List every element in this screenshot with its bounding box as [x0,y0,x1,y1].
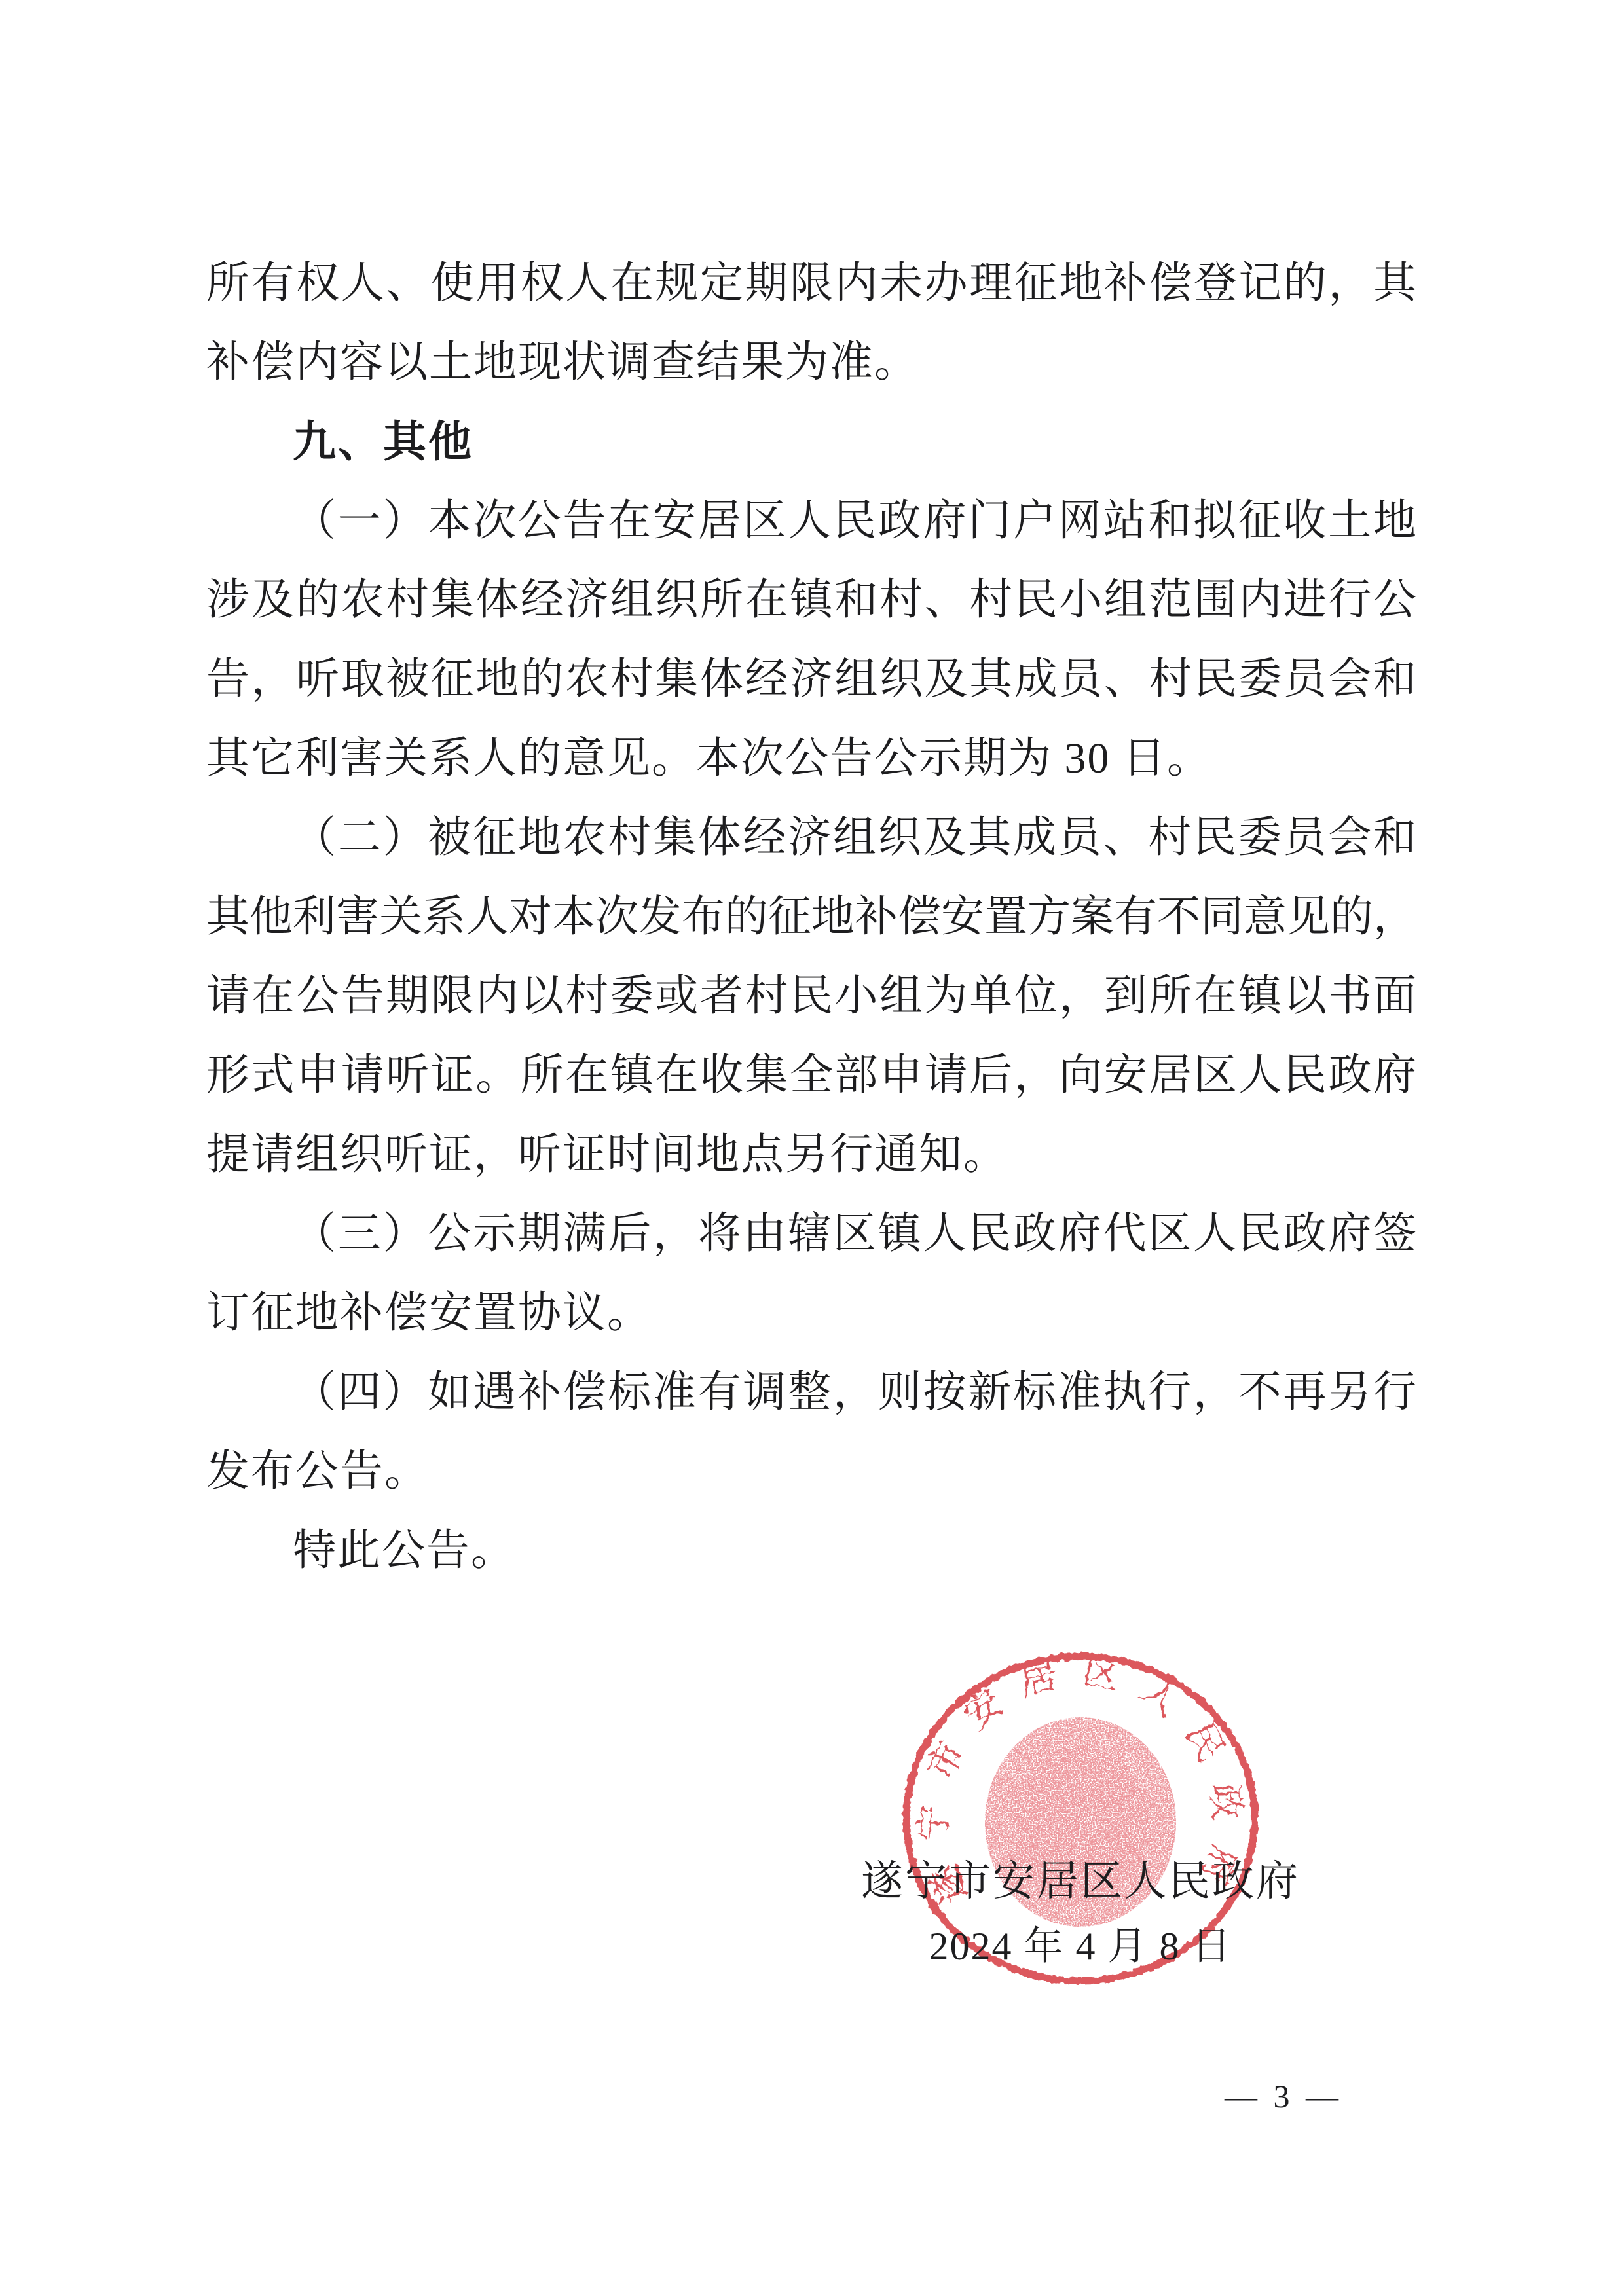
body-line: 涉及的农村集体经济组织所在镇和村、村民小组范围内进行公 [206,560,1416,640]
body-line: （二）被征地农村集体经济组织及其成员、村民委员会和 [206,798,1416,877]
signature-date: 2024 年 4 月 8 日 [753,1920,1408,1973]
body-line: 发布公告。 [206,1432,1416,1511]
body-line: 提请组织听证，听证时间地点另行通知。 [206,1115,1416,1194]
body-line: 形式申请听证。所在镇在收集全部申请后，向安居区人民政府 [206,1036,1416,1115]
body-line: 其它利害关系人的意见。本次公告公示期为 30 日。 [206,719,1416,798]
document-page: 所有权人、使用权人在规定期限内未办理征地补偿登记的，其 补偿内容以土地现状调查结… [0,0,1624,2296]
announcement-body: 所有权人、使用权人在规定期限内未办理征地补偿登记的，其 补偿内容以土地现状调查结… [206,244,1416,1590]
body-line: （一）本次公告在安居区人民政府门户网站和拟征收土地 [206,481,1416,560]
body-line: （四）如遇补偿标准有调整，则按新标准执行，不再另行 [206,1353,1416,1432]
signature-block: 遂宁市安居区人民政府 2024 年 4 月 8 日 [753,1844,1408,1973]
body-line: 告，听取被征地的农村集体经济组织及其成员、村民委员会和 [206,640,1416,719]
body-line: 所有权人、使用权人在规定期限内未办理征地补偿登记的，其 [206,244,1416,323]
body-line: （三）公示期满后，将由辖区镇人民政府代区人民政府签 [206,1194,1416,1273]
section-heading: 九、其他 [206,402,1416,481]
closing-line: 特此公告。 [206,1511,1416,1590]
signature-issuer: 遂宁市安居区人民政府 [753,1844,1408,1920]
page-number: — 3 — [1195,2073,1372,2120]
body-line: 其他利害关系人对本次发布的征地补偿安置方案有不同意见的， [206,877,1416,957]
body-line: 订征地补偿安置协议。 [206,1273,1416,1353]
body-line: 请在公告期限内以村委或者村民小组为单位，到所在镇以书面 [206,957,1416,1036]
body-line: 补偿内容以土地现状调查结果为准。 [206,323,1416,402]
